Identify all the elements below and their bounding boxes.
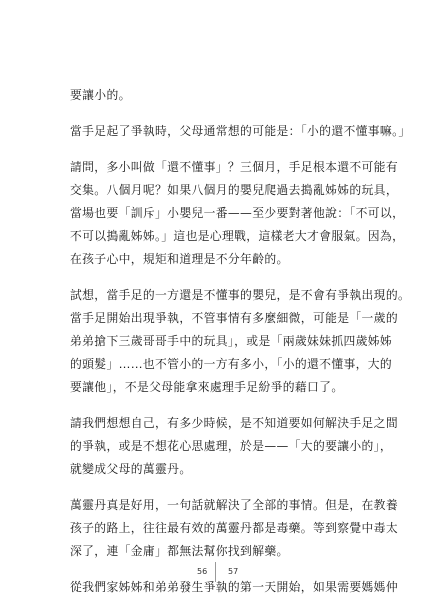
- paragraph-1: 要讓小的。: [70, 84, 370, 107]
- page-number-right: 57: [228, 567, 238, 576]
- page-body: 要讓小的。 當手足起了爭執時，父母通常想的可能是：「小的還不懂事嘛。」 請問，多…: [70, 84, 370, 609]
- text-line: 請問，多小叫做「還不懂事」？三個月，手足根本還不可能有: [70, 156, 370, 179]
- text-line: 在孩子心中，規矩和道理是不分年齡的。: [70, 248, 370, 271]
- text-line: 試想，當手足的一方還是不懂事的嬰兒，是不會有爭執出現的。: [70, 284, 370, 307]
- page-footer: 56 57: [0, 562, 425, 582]
- text-line: 的頭髮」……也不管小的一方有多小，「小的還不懂事，大的: [70, 353, 370, 376]
- text-line: 交集。八個月呢？如果八個月的嬰兒爬過去搗亂姊姊的玩具，: [70, 179, 370, 202]
- text-line: 萬靈丹真是好用，一句話就解決了全部的事情。但是，在教養: [70, 494, 370, 517]
- paragraph-6: 萬靈丹真是好用，一句話就解決了全部的事情。但是，在教養 孩子的路上，往往最有效的…: [70, 494, 370, 563]
- page-number-left: 56: [197, 567, 207, 576]
- text-line: 弟弟搶下三歲哥哥手中的玩具」，或是「兩歲妹妹抓四歲姊姊: [70, 330, 370, 353]
- paragraph-5: 請我們想想自己，有多少時候，是不知道要如何解決手足之間 的爭執，或是不想花心思處…: [70, 412, 370, 481]
- text-line: 要讓小的。: [70, 84, 370, 107]
- paragraph-2: 當手足起了爭執時，父母通常想的可能是：「小的還不懂事嘛。」: [70, 120, 370, 143]
- text-line: 深了，連「金庸」都無法幫你找到解藥。: [70, 540, 370, 563]
- paragraph-4: 試想，當手足的一方還是不懂事的嬰兒，是不會有爭執出現的。 當手足開始出現爭執，不…: [70, 284, 370, 399]
- text-line: 當手足起了爭執時，父母通常想的可能是：「小的還不懂事嘛。」: [70, 120, 370, 143]
- text-line: 當手足開始出現爭執，不管事情有多麼細微，可能是「一歲的: [70, 307, 370, 330]
- text-line: 的爭執，或是不想花心思處理，於是——「大的要讓小的」，: [70, 435, 370, 458]
- paragraph-3: 請問，多小叫做「還不懂事」？三個月，手足根本還不可能有 交集。八個月呢？如果八個…: [70, 156, 370, 271]
- text-line: 要讓他」，不是父母能拿來處理手足紛爭的藉口了。: [70, 376, 370, 399]
- text-line: 請我們想想自己，有多少時候，是不知道要如何解決手足之間: [70, 412, 370, 435]
- text-line: 就變成父母的萬靈丹。: [70, 458, 370, 481]
- text-line: 孩子的路上，往往最有效的萬靈丹都是毒藥。等到察覺中毒太: [70, 517, 370, 540]
- page-separator: [215, 562, 216, 582]
- text-line: 不可以搗亂姊姊。」這也是心理戰，這樣老大才會服氣。因為，: [70, 225, 370, 248]
- text-line: 當場也要「訓斥」小嬰兒一番——至少要對著他說：「不可以，: [70, 202, 370, 225]
